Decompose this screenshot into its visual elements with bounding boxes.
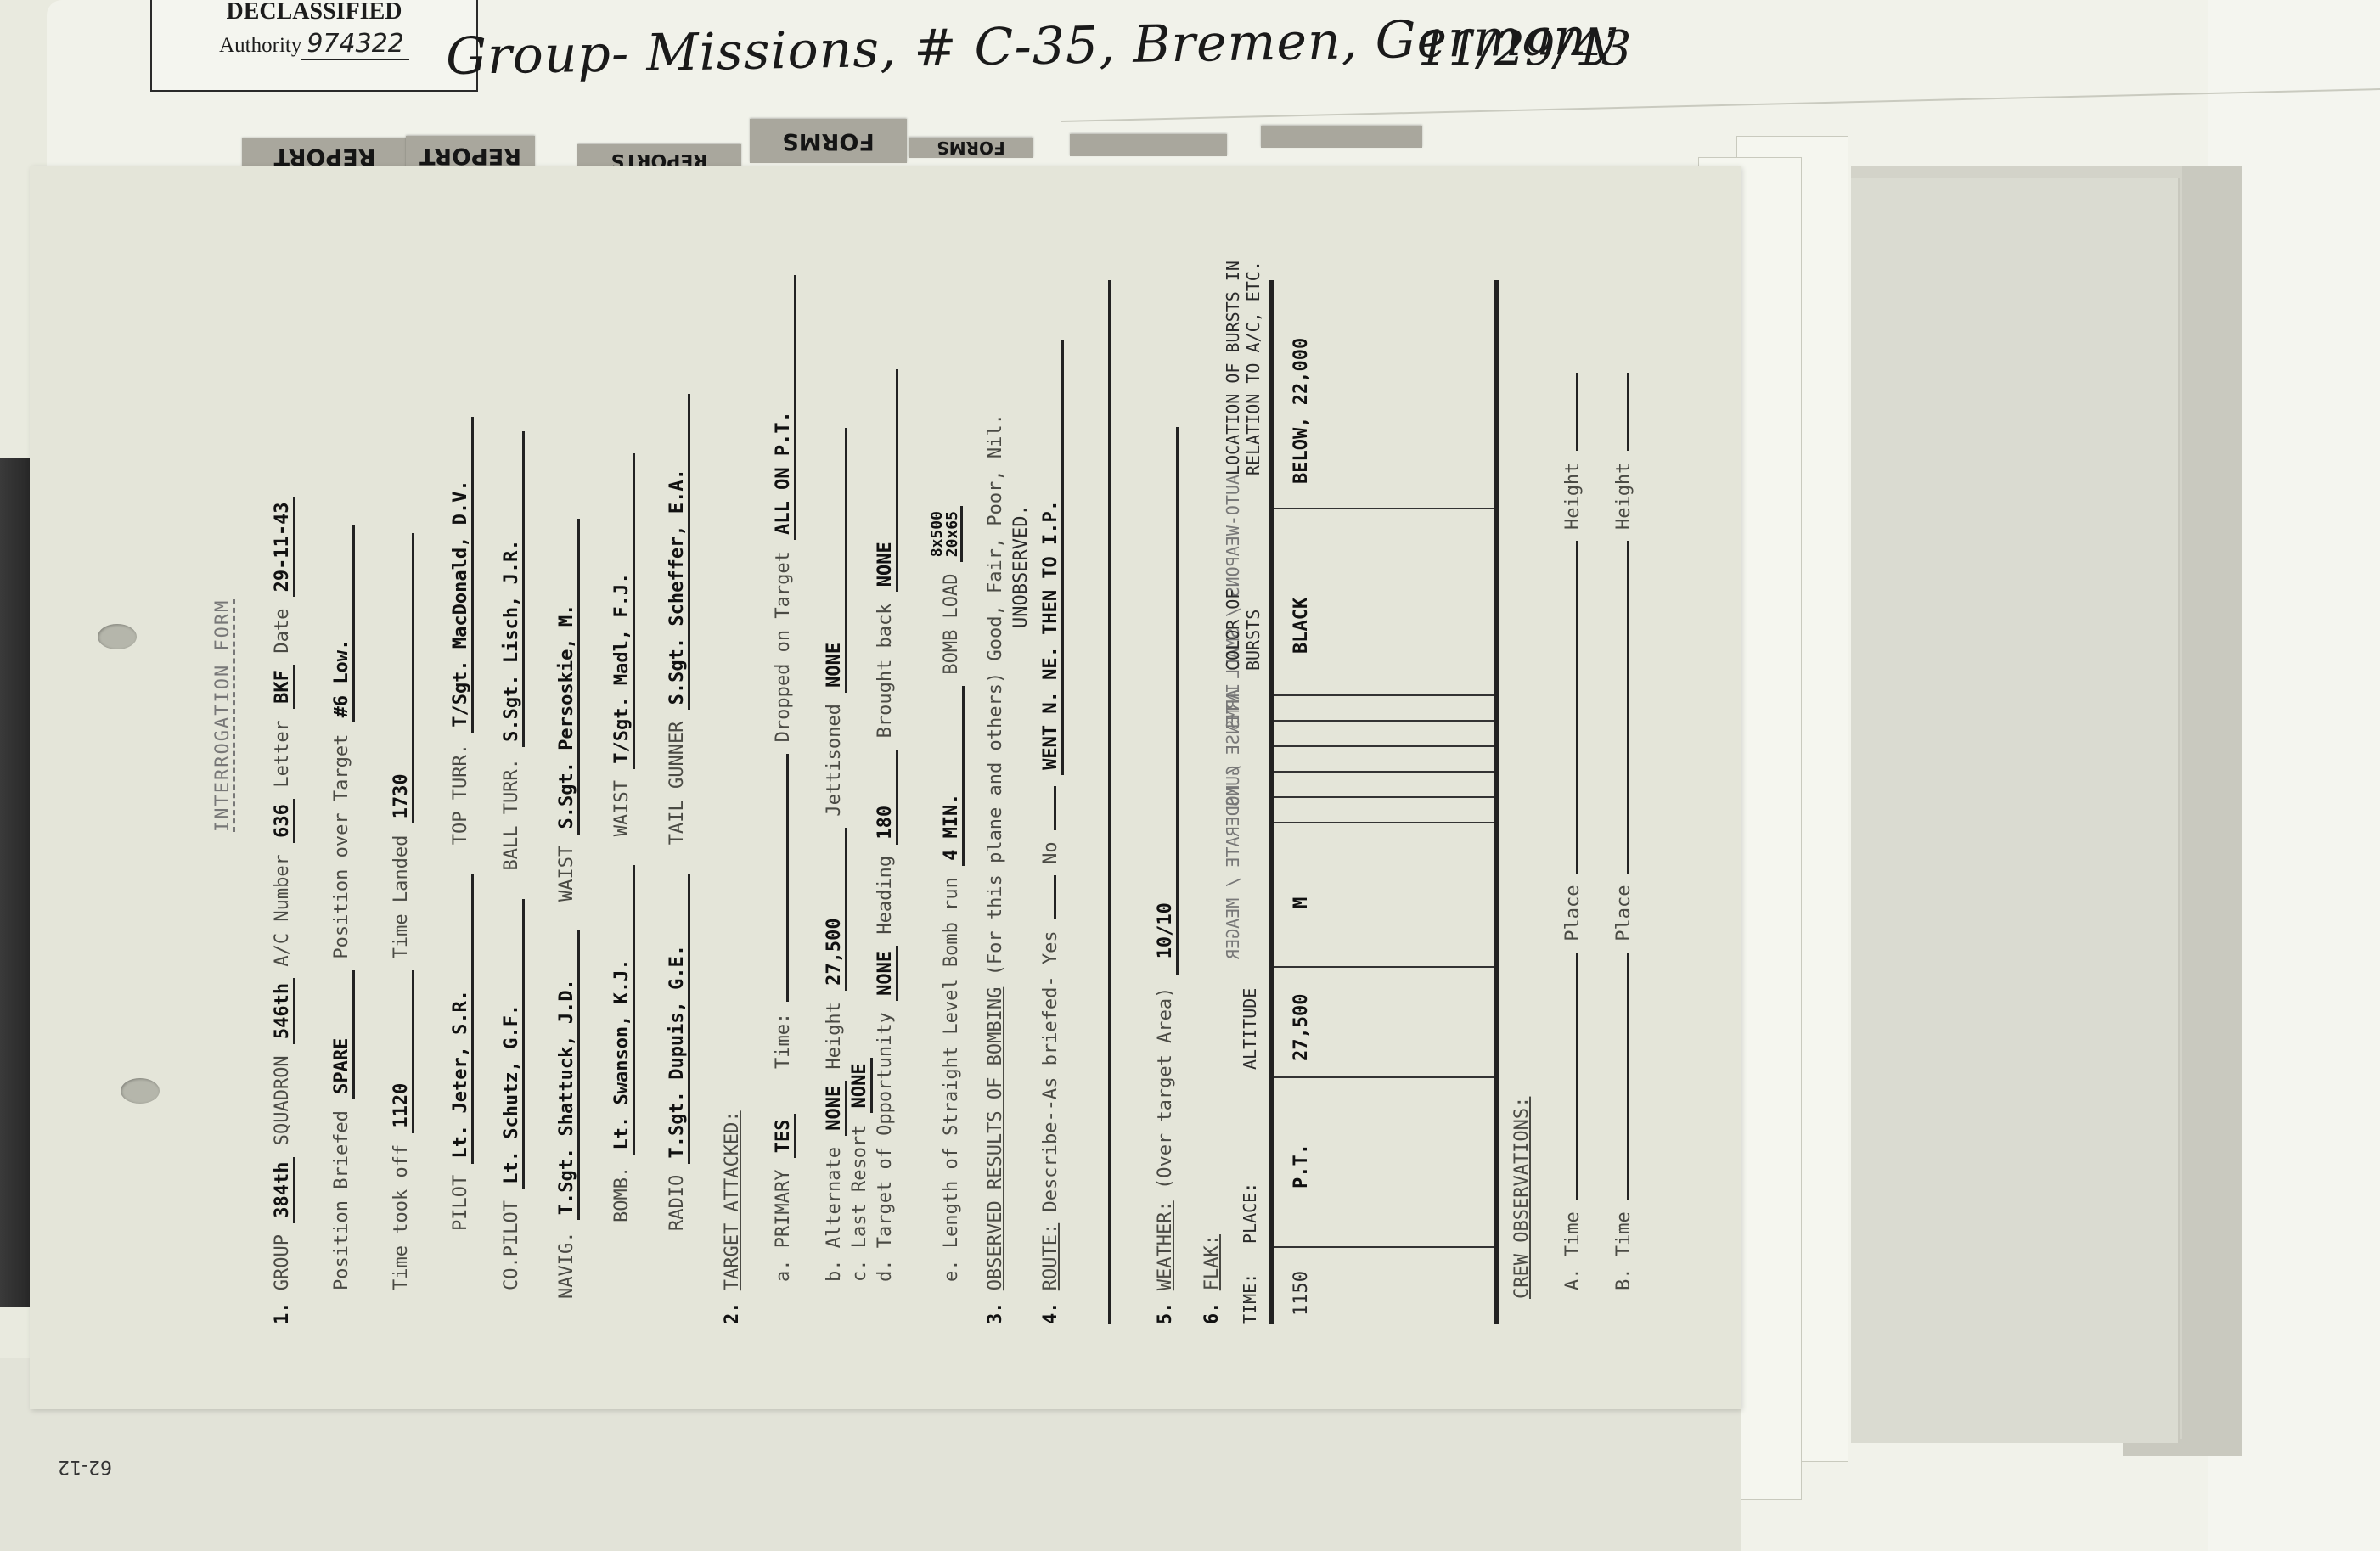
ac-number-value: 636 — [272, 799, 295, 843]
letter-value: BKF — [272, 665, 295, 709]
target-alternate-row: b. Alternate NONE Height 27,500 Jettison… — [824, 428, 847, 1282]
flak-row-intensity: M — [1291, 897, 1312, 908]
flak-header-location: LOCATION OF BURSTS IN RELATION TO A/C, E… — [1223, 195, 1263, 475]
section3-value: UNOBSERVED. — [1010, 504, 1032, 628]
punch-hole-2 — [121, 1078, 160, 1104]
crew-row-radio: RADIO T.Sgt. Dupuis, G.E. TAIL GUNNER S.… — [667, 394, 690, 1231]
crew-row-navigator: NAVIG. T.Sgt. Shattuck, J.D. WAIST S.Sgt… — [556, 519, 580, 1299]
section2-heading: 2. TARGET ATTACKED: — [722, 1110, 743, 1324]
crew-observations-heading: CREW OBSERVATIONS: — [1511, 1097, 1533, 1299]
stamp-title: DECLASSIFIED — [152, 0, 476, 25]
interrogation-form: INTERROGATION FORM 1. GROUP 384th SQUADR… — [272, 221, 1715, 1324]
flak-row-location: BELOW, 22,000 — [1291, 338, 1312, 484]
flak-row-time: 1150 — [1291, 1271, 1312, 1316]
flak-table: 1150 P.T. 27,500 M BLACK BELOW, 22,000 — [1269, 280, 1499, 1324]
corner-annotation: 62-12 — [58, 1456, 112, 1477]
punch-hole-1 — [98, 624, 137, 649]
bomb-run-row: e. Length of Straight Level Bomb run 4 M… — [930, 506, 965, 1282]
squadron-value: 546th — [272, 978, 295, 1044]
target-opportunity-row: d. Target of Opportunity NONE Heading 18… — [875, 369, 898, 1282]
form-title: INTERROGATION FORM — [212, 599, 235, 832]
time-took-off-value: 1120 — [391, 970, 414, 1133]
crew-observation-b: B. Time Place Height — [1613, 373, 1634, 1290]
time-landed-value: 1730 — [391, 533, 414, 823]
flak-header-color: COLOR OF BURSTS — [1223, 543, 1263, 671]
flak-header-place: PLACE: — [1240, 1183, 1260, 1244]
flak-row-color: BLACK — [1291, 598, 1312, 654]
tab-forms-2[interactable]: FORMS — [909, 138, 1033, 158]
folder-handwritten-date: 11/29/43 — [1418, 21, 1632, 76]
section3-row: 3. OBSERVED RESULTS OF BOMBING (For this… — [985, 413, 1006, 1324]
date-value: 29-11-43 — [272, 497, 295, 597]
section4-row: 4. ROUTE: Describe--As briefed- Yes No W… — [1040, 340, 1064, 1324]
tab-forms-1[interactable]: FORMS — [750, 119, 907, 163]
flak-header-time: TIME: — [1240, 1273, 1260, 1324]
tab-blank-1[interactable] — [1070, 134, 1227, 156]
flak-header-guns: GUNS — [1223, 766, 1244, 806]
weather-value: 10/10 — [1155, 427, 1179, 975]
flak-header-altitude: ALTITUDE — [1240, 988, 1260, 1070]
target-primary-row: a. PRIMARY TES Time: Dropped on Target A… — [773, 275, 796, 1282]
section5-row: 5. WEATHER: (Over target Area) 10/10 — [1155, 427, 1179, 1324]
stamp-authority-label: Authority — [219, 34, 301, 57]
group-value: 384th — [272, 1157, 295, 1223]
crew-row-pilot: PILOT Lt. Jeter, S.R. TOP TURR. T/Sgt. M… — [450, 417, 474, 1231]
target-last-resort-row: c. Last Resort NONE — [849, 1058, 873, 1282]
section6-row: 6. FLAK: — [1201, 1234, 1223, 1324]
route-value: WENT N. NE. THEN TO I.P. — [1040, 340, 1064, 775]
position-briefed-value: SPARE — [331, 970, 355, 1099]
flak-row-altitude: 27,500 — [1291, 994, 1312, 1061]
route-blank-line — [1108, 280, 1111, 1324]
section1-row-position: Position Briefed SPARE Position over Tar… — [331, 525, 355, 1290]
position-over-target-value: #6 Low. — [331, 525, 355, 722]
tab-blank-2[interactable] — [1261, 126, 1422, 148]
crew-row-copilot: CO.PILOT Lt. Schutz, G.F. BALL TURR. S.S… — [501, 431, 525, 1290]
section1-row-group: 1. GROUP 384th SQUADRON 546th A/C Number… — [272, 497, 295, 1324]
declassified-stamp: DECLASSIFIED Authority974322 — [150, 0, 478, 92]
gray-paper-top — [1851, 178, 2180, 1443]
crew-observation-a: A. Time Place Height — [1562, 373, 1584, 1290]
section1-row-times: Time took off 1120 Time Landed 1730 — [391, 533, 414, 1290]
stamp-authority-number: 974322 — [301, 29, 409, 60]
crew-row-bombardier: BOMB. Lt. Swanson, K.J. WAIST T/Sgt. Mad… — [611, 453, 635, 1222]
bomb-load-value: 8x50020x65 — [930, 506, 963, 562]
flak-row-place: P.T. — [1291, 1144, 1312, 1189]
